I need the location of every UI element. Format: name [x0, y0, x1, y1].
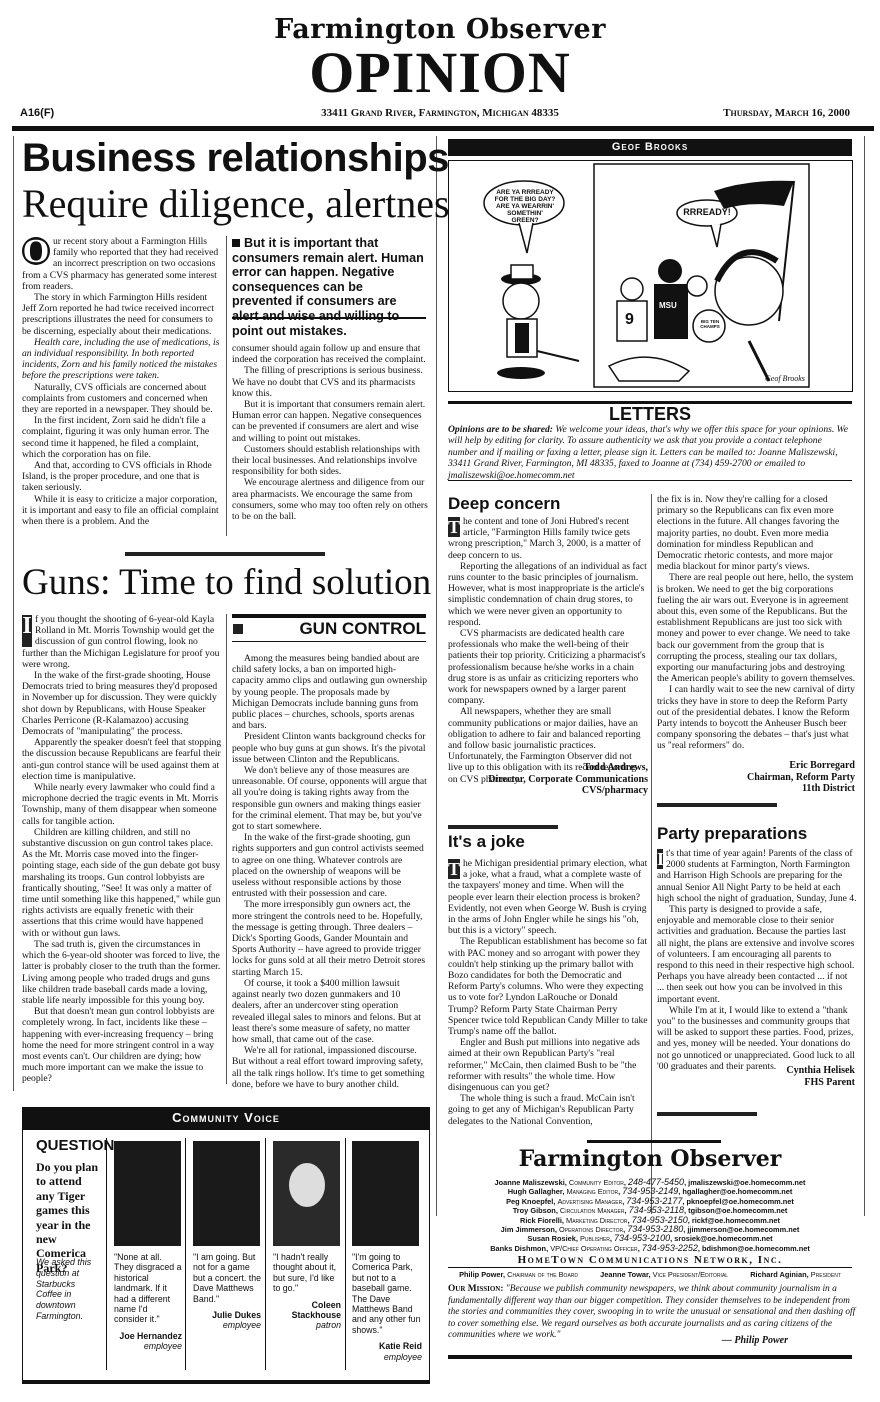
- page-center-divider: [436, 136, 437, 1216]
- officers-row: Philip Power, Chairman of the Board Jean…: [448, 1270, 852, 1279]
- letters-column-divider: [651, 494, 652, 1214]
- column-divider: [226, 614, 227, 1084]
- question-note: We asked this question at Starbucks Coff…: [36, 1257, 102, 1322]
- editorial-headline: Guns: Time to find solution: [22, 562, 431, 604]
- issue-date: Thursday, March 16, 2000: [723, 107, 850, 119]
- letter-body: The Michigan presidential primary electi…: [448, 858, 648, 1127]
- editorial-column-2: consumer should again follow up and ensu…: [232, 343, 428, 522]
- dropcap: I: [657, 849, 663, 869]
- bullet-icon: [232, 239, 240, 247]
- respondent-photo: [193, 1141, 260, 1246]
- sidebar-label: GUN CONTROL: [260, 618, 426, 640]
- cartoon-signature: Geof Brooks: [765, 374, 805, 383]
- letter-continuation: the fix is in. Now they're calling for a…: [657, 494, 857, 752]
- cv-divider: [265, 1138, 266, 1370]
- sidebar-label-underline: [232, 641, 426, 642]
- staff-list: Joanne Maliszewski, Community Editor, 24…: [448, 1178, 852, 1253]
- letter-headline: It's a joke: [448, 832, 525, 852]
- network-rule: [448, 1267, 852, 1268]
- editorial-column-1: Our recent story about a Farmington Hill…: [22, 236, 220, 527]
- respondent-response: "I hadn't really thought about it, but s…: [273, 1252, 341, 1331]
- pullquote-rule: [232, 317, 426, 319]
- letter-rule: [657, 1112, 757, 1116]
- editorial-subhead: Require diligence, alertness: [22, 182, 465, 226]
- shirt-text: MSU: [659, 301, 677, 310]
- letter-body: The content and tone of Joni Hubred's re…: [448, 516, 648, 785]
- right-border: [864, 136, 865, 1216]
- staff-row: Banks Dishmon, VP/Chief Operating Office…: [448, 1244, 852, 1253]
- cv-divider: [345, 1138, 346, 1370]
- jersey-number: 9: [625, 311, 634, 329]
- cartoon-bubble-left: ARE YA RRREADY FOR THE BIG DAY? ARE YA W…: [493, 189, 557, 224]
- mission-attribution: — Philip Power: [448, 1335, 788, 1346]
- cartoon-bubble-right: RRREADY!: [679, 207, 735, 217]
- letter-rule: [448, 825, 558, 829]
- letters-title: LETTERS: [448, 404, 852, 424]
- respondent-photo: [352, 1141, 419, 1246]
- respondent-response: "None at all. They disgraced a historica…: [114, 1252, 182, 1352]
- section-rule: [125, 552, 325, 556]
- staff-box-nameplate: Farmington Observer: [448, 1146, 852, 1172]
- face-shape: [289, 1163, 325, 1207]
- respondent-response: "I am going. But not for a game but a co…: [193, 1252, 261, 1331]
- editorial-column-2: Among the measures being bandied about a…: [232, 653, 428, 1090]
- staff-box-rule: [587, 1140, 721, 1143]
- cartoonist-banner: Geof Brooks: [448, 139, 852, 156]
- ball-text: BIG TEN CHAMPS: [697, 319, 723, 329]
- respondent-response: "I'm going to Comerica Park, but not to …: [352, 1252, 422, 1362]
- letter-signature: Eric Borregard Chairman, Reform Party 11…: [657, 760, 855, 795]
- section-title: OPINION: [0, 44, 880, 102]
- letter-headline: Deep concern: [448, 494, 560, 514]
- editorial-headline: Business relationships: [22, 136, 449, 180]
- dropcap: O: [22, 237, 50, 265]
- editorial-column-1: If you thought the shooting of 6-year-ol…: [22, 614, 222, 1085]
- network-name: HomeTown Communications Network, Inc.: [448, 1254, 852, 1266]
- letter-headline: Party preparations: [657, 824, 807, 844]
- pullquote: But it is important that consumers remai…: [232, 236, 424, 338]
- letter-signature: Cynthia Helisek FHS Parent: [657, 1065, 855, 1088]
- respondent-photo: [114, 1141, 181, 1246]
- left-border: [13, 136, 14, 1091]
- dropcap: T: [448, 517, 460, 537]
- dropcap: T: [448, 859, 460, 879]
- letter-body: It's that time of year again! Parents of…: [657, 848, 857, 1072]
- square-bullet-icon: [233, 624, 243, 634]
- letter-rule: [657, 803, 777, 807]
- cv-divider: [106, 1138, 107, 1370]
- letters-policy: Opinions are to be shared: We welcome yo…: [448, 424, 852, 481]
- mission-statement: Our Mission: "Because we publish communi…: [448, 1284, 858, 1342]
- masthead-rule: [12, 126, 874, 131]
- editorial-cartoon: ARE YA RRREADY FOR THE BIG DAY? ARE YA W…: [448, 160, 853, 392]
- letter-signature: Todd Andrews, Director, Corporate Commun…: [448, 762, 648, 797]
- bottom-rule: [448, 1355, 852, 1359]
- letters-rule-bottom: [448, 480, 852, 481]
- column-divider: [226, 236, 227, 536]
- dropcap: I: [22, 615, 32, 647]
- cv-divider: [185, 1138, 186, 1370]
- community-voice-banner: Community Voice: [22, 1107, 430, 1129]
- respondent-photo: [273, 1141, 340, 1246]
